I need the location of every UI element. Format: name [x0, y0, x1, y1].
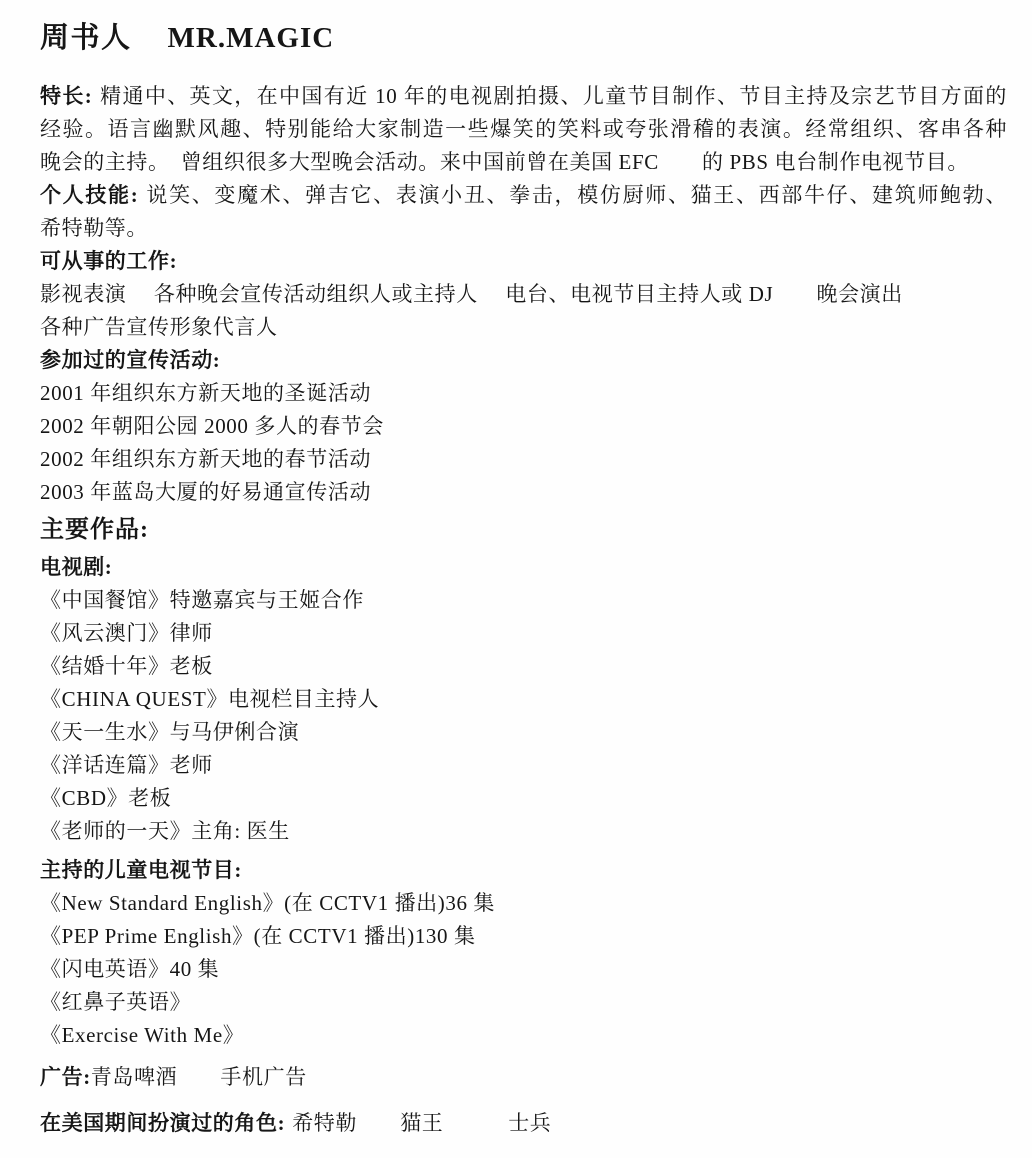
jobs-line-1: 影视表演 各种晚会宣传活动组织人或主持人 电台、电视节目主持人或 DJ 晚会演出: [40, 278, 1007, 311]
tv-series-heading: 电视剧:: [40, 551, 1007, 584]
skills-line-2: 希特勒等。: [40, 212, 1007, 245]
resume-document: 周书人MR.MAGIC 特长:精通中、英文，在中国有近 10 年的电视剧拍摄、儿…: [0, 0, 1032, 1158]
skills-label: 个人技能:: [40, 183, 138, 207]
ads-text: 青岛啤酒 手机广告: [91, 1065, 307, 1089]
us-roles-line: 在美国期间扮演过的角色:希特勒 猫王 士兵: [40, 1107, 1007, 1140]
children-tv-item: 《闪电英语》40 集: [40, 953, 1007, 986]
skills-line-1: 个人技能:说笑、变魔术、弹吉它、表演小丑、拳击，模仿厨师、猫王、西部牛仔、建筑师…: [40, 179, 1007, 212]
person-alias: MR.MAGIC: [168, 22, 335, 54]
tv-series-item: 《老师的一天》主角: 医生: [40, 815, 1007, 848]
specialty-text-1: 精通中、英文，在中国有近 10 年的电视剧拍摄、儿童节目制作、节目主持及宗艺节目…: [99, 84, 1007, 108]
tv-series-item: 《风云澳门》律师: [40, 617, 1007, 650]
tv-series-item: 《洋话连篇》老师: [40, 749, 1007, 782]
tv-series-item: 《天一生水》与马伊俐合演: [40, 716, 1007, 749]
tv-series-item: 《CHINA QUEST》电视栏目主持人: [40, 683, 1007, 716]
promotion-item: 2002 年朝阳公园 2000 多人的春节会: [40, 410, 1007, 443]
tv-series-item: 《结婚十年》老板: [40, 650, 1007, 683]
promotion-item: 2001 年组织东方新天地的圣诞活动: [40, 377, 1007, 410]
children-tv-heading: 主持的儿童电视节目:: [40, 854, 1007, 887]
skills-text-1: 说笑、变魔术、弹吉它、表演小丑、拳击，模仿厨师、猫王、西部牛仔、建筑师鲍勃、: [145, 183, 1007, 207]
children-tv-item: 《PEP Prime English》(在 CCTV1 播出)130 集: [40, 920, 1007, 953]
specialty-line-2: 经验。语言幽默风趣、特别能给大家制造一些爆笑的笑料或夸张滑稽的表演。经常组织、客…: [40, 113, 1007, 146]
promotion-item: 2003 年蓝岛大厦的好易通宣传活动: [40, 476, 1007, 509]
children-tv-item: 《红鼻子英语》: [40, 986, 1007, 1019]
promotion-item: 2002 年组织东方新天地的春节活动: [40, 443, 1007, 476]
page-title: 周书人MR.MAGIC: [40, 16, 1007, 60]
person-name: 周书人: [40, 22, 132, 54]
us-roles-label: 在美国期间扮演过的角色:: [40, 1111, 285, 1135]
specialty-line-3: 晚会的主持。 曾组织很多大型晚会活动。来中国前曾在美国 EFC 的 PBS 电台…: [40, 146, 1007, 179]
ads-line: 广告:青岛啤酒 手机广告: [40, 1061, 1007, 1094]
ads-label: 广告:: [40, 1065, 91, 1089]
specialty-label: 特长:: [40, 84, 92, 108]
promotions-heading: 参加过的宣传活动:: [40, 344, 1007, 377]
works-heading: 主要作品:: [40, 509, 1007, 551]
us-roles-text: 希特勒 猫王 士兵: [292, 1111, 551, 1135]
tv-series-item: 《中国餐馆》特邀嘉宾与王姬合作: [40, 584, 1007, 617]
children-tv-item: 《Exercise With Me》: [40, 1019, 1007, 1052]
jobs-line-2: 各种广告宣传形象代言人: [40, 311, 1007, 344]
children-tv-item: 《New Standard English》(在 CCTV1 播出)36 集: [40, 887, 1007, 920]
tv-series-item: 《CBD》老板: [40, 782, 1007, 815]
jobs-heading: 可从事的工作:: [40, 245, 1007, 278]
specialty-line-1: 特长:精通中、英文，在中国有近 10 年的电视剧拍摄、儿童节目制作、节目主持及宗…: [40, 80, 1007, 113]
